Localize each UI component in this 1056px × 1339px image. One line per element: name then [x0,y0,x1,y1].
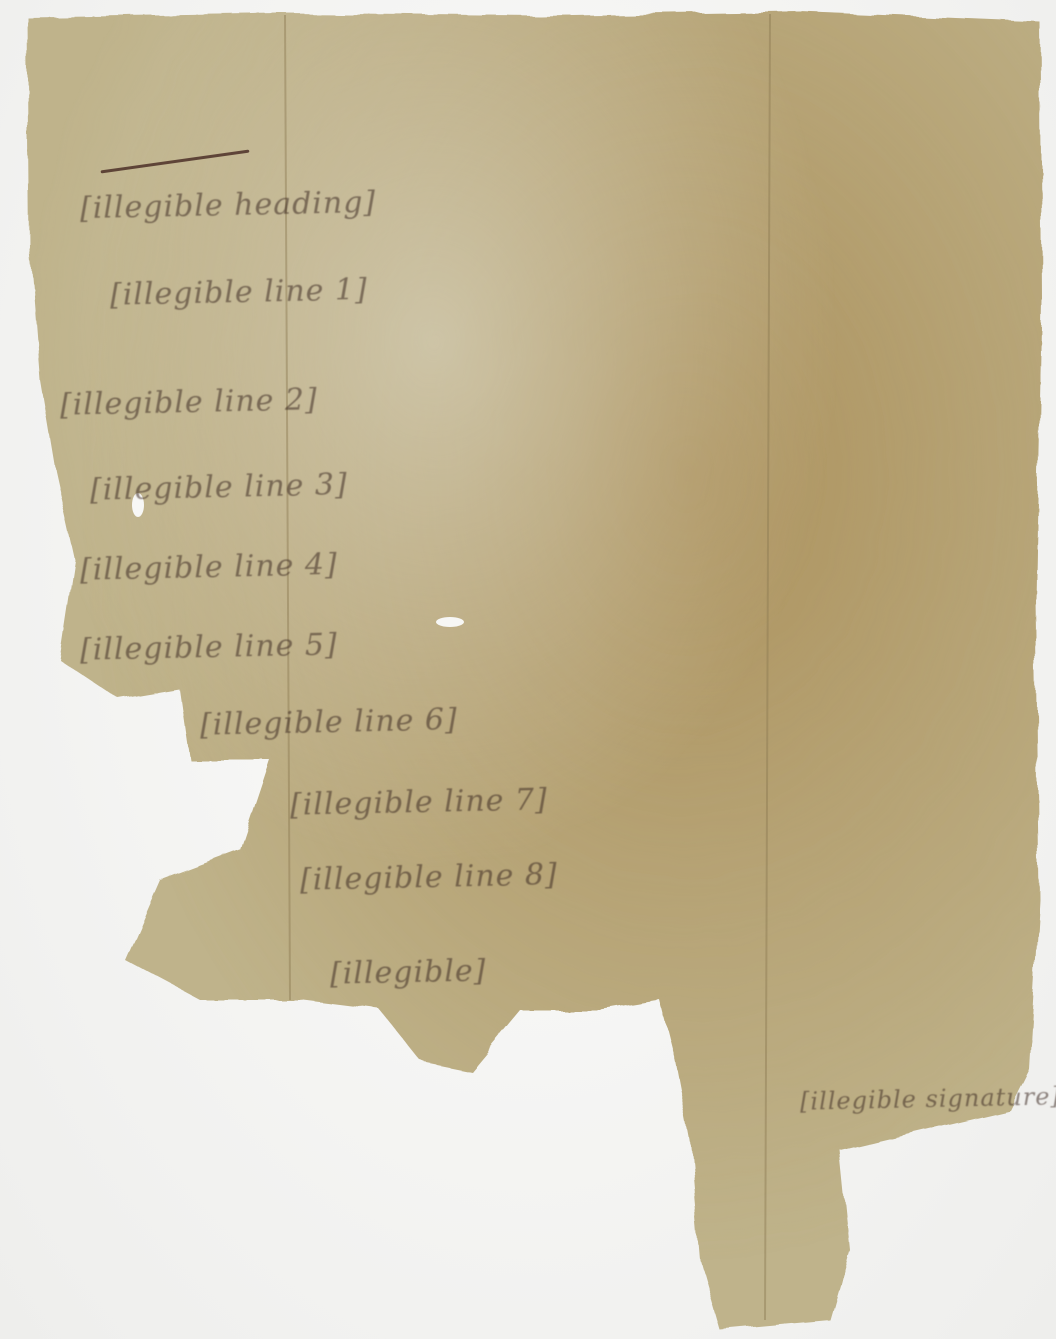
text-line: [illegible line 7] [290,782,548,822]
text-line: [illegible line 4] [80,547,338,587]
text-line: [illegible line 6] [200,702,458,742]
text-line: [illegible line 8] [300,857,558,897]
text-line: [illegible line 5] [80,627,338,667]
signature: [illegible signature] [800,1082,1056,1115]
text-line: [illegible line 3] [90,467,348,507]
document-photo: [illegible heading] [illegible line 1] [… [0,0,1056,1339]
text-line: [illegible line 2] [60,382,318,422]
document-heading: [illegible heading] [80,185,377,226]
signature-line: [illegible] [330,953,487,991]
text-line: [illegible line 1] [110,272,368,312]
